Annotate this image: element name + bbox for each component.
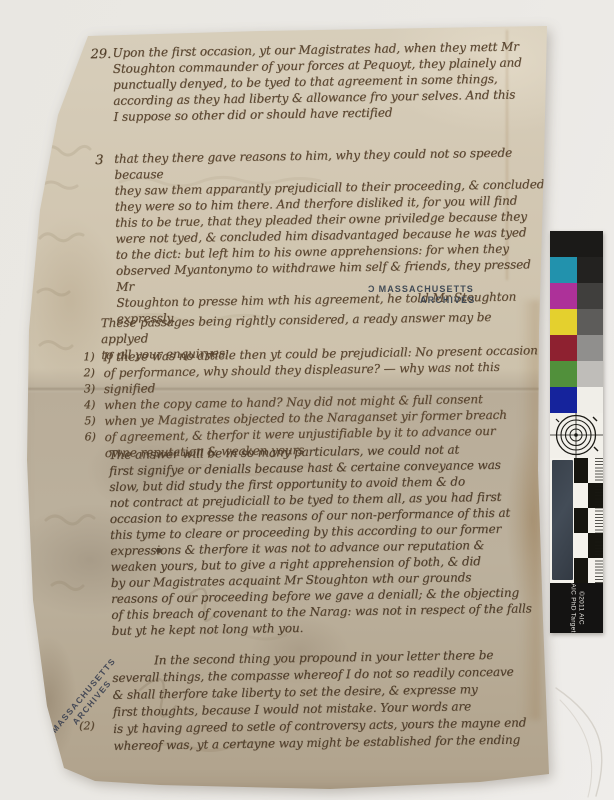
- manuscript-page: 203 29. Upon the first occasion, yt our …: [0, 0, 614, 800]
- list-margin-numbers: 1)2)3)4)5)6): [83, 349, 96, 445]
- calibration-target-strip: ©2011 AIC AIC PhD Target: [550, 231, 603, 633]
- manuscript-line: 2): [83, 365, 95, 381]
- manuscript-line: 5): [84, 413, 96, 429]
- color-patch: [550, 361, 577, 387]
- scale-ruler: [550, 458, 603, 583]
- color-patch: [577, 231, 604, 257]
- concentric-circle-target: [550, 413, 603, 458]
- color-patch: [577, 309, 604, 335]
- stamp-line1: MASSACHUSETTS: [379, 284, 474, 294]
- manuscript-line: 6): [84, 429, 96, 445]
- focus-target: [550, 413, 603, 458]
- massachusetts-archives-stamp: ƆMASSACHUSETTS ARCHIVES: [368, 284, 475, 306]
- stain-speck: [519, 14, 522, 17]
- color-patch: [550, 387, 577, 413]
- color-patch: [577, 361, 604, 387]
- archival-page-number: 203: [44, 22, 78, 53]
- paragraph-1: Upon the first occasion, yt our Magistra…: [112, 38, 549, 125]
- color-patch: [577, 387, 604, 413]
- item-number-3: 3: [95, 153, 104, 168]
- manuscript-line: 1): [83, 349, 95, 365]
- color-patch: [577, 335, 604, 361]
- target-copyright: ©2011 AIC: [577, 583, 585, 632]
- color-patch: [550, 283, 577, 309]
- ruler-ticks: [595, 458, 603, 583]
- patch-grid: [550, 231, 603, 413]
- paragraph-5: In the second thing you propound in your…: [112, 646, 550, 755]
- manuscript-photo: 203 29. Upon the first occasion, yt our …: [0, 0, 614, 800]
- stamp-mark: Ɔ: [368, 284, 376, 295]
- target-name: AIC PhD Target: [569, 583, 577, 632]
- color-patch: [550, 309, 577, 335]
- item-number-29: 29.: [90, 47, 111, 62]
- paragraph-2: that they there gave reasons to him, why…: [114, 144, 553, 327]
- stamp-line2: ARCHIVES: [368, 295, 475, 306]
- color-patch: [550, 257, 577, 283]
- paragraph-4: The answer will be in so many particular…: [109, 440, 548, 639]
- gray-reference-slab: [552, 460, 573, 580]
- manuscript-line: 4): [84, 397, 96, 413]
- color-patch: [550, 231, 577, 257]
- color-patch: [550, 335, 577, 361]
- photo-canvas: 203 29. Upon the first occasion, yt our …: [0, 0, 614, 800]
- target-label: ©2011 AIC AIC PhD Target: [550, 583, 603, 633]
- stain-speck: [497, 8, 501, 11]
- color-patch: [577, 257, 604, 283]
- manuscript-line: 3): [84, 381, 96, 397]
- checker-column: [574, 458, 588, 583]
- color-patch: [577, 283, 604, 309]
